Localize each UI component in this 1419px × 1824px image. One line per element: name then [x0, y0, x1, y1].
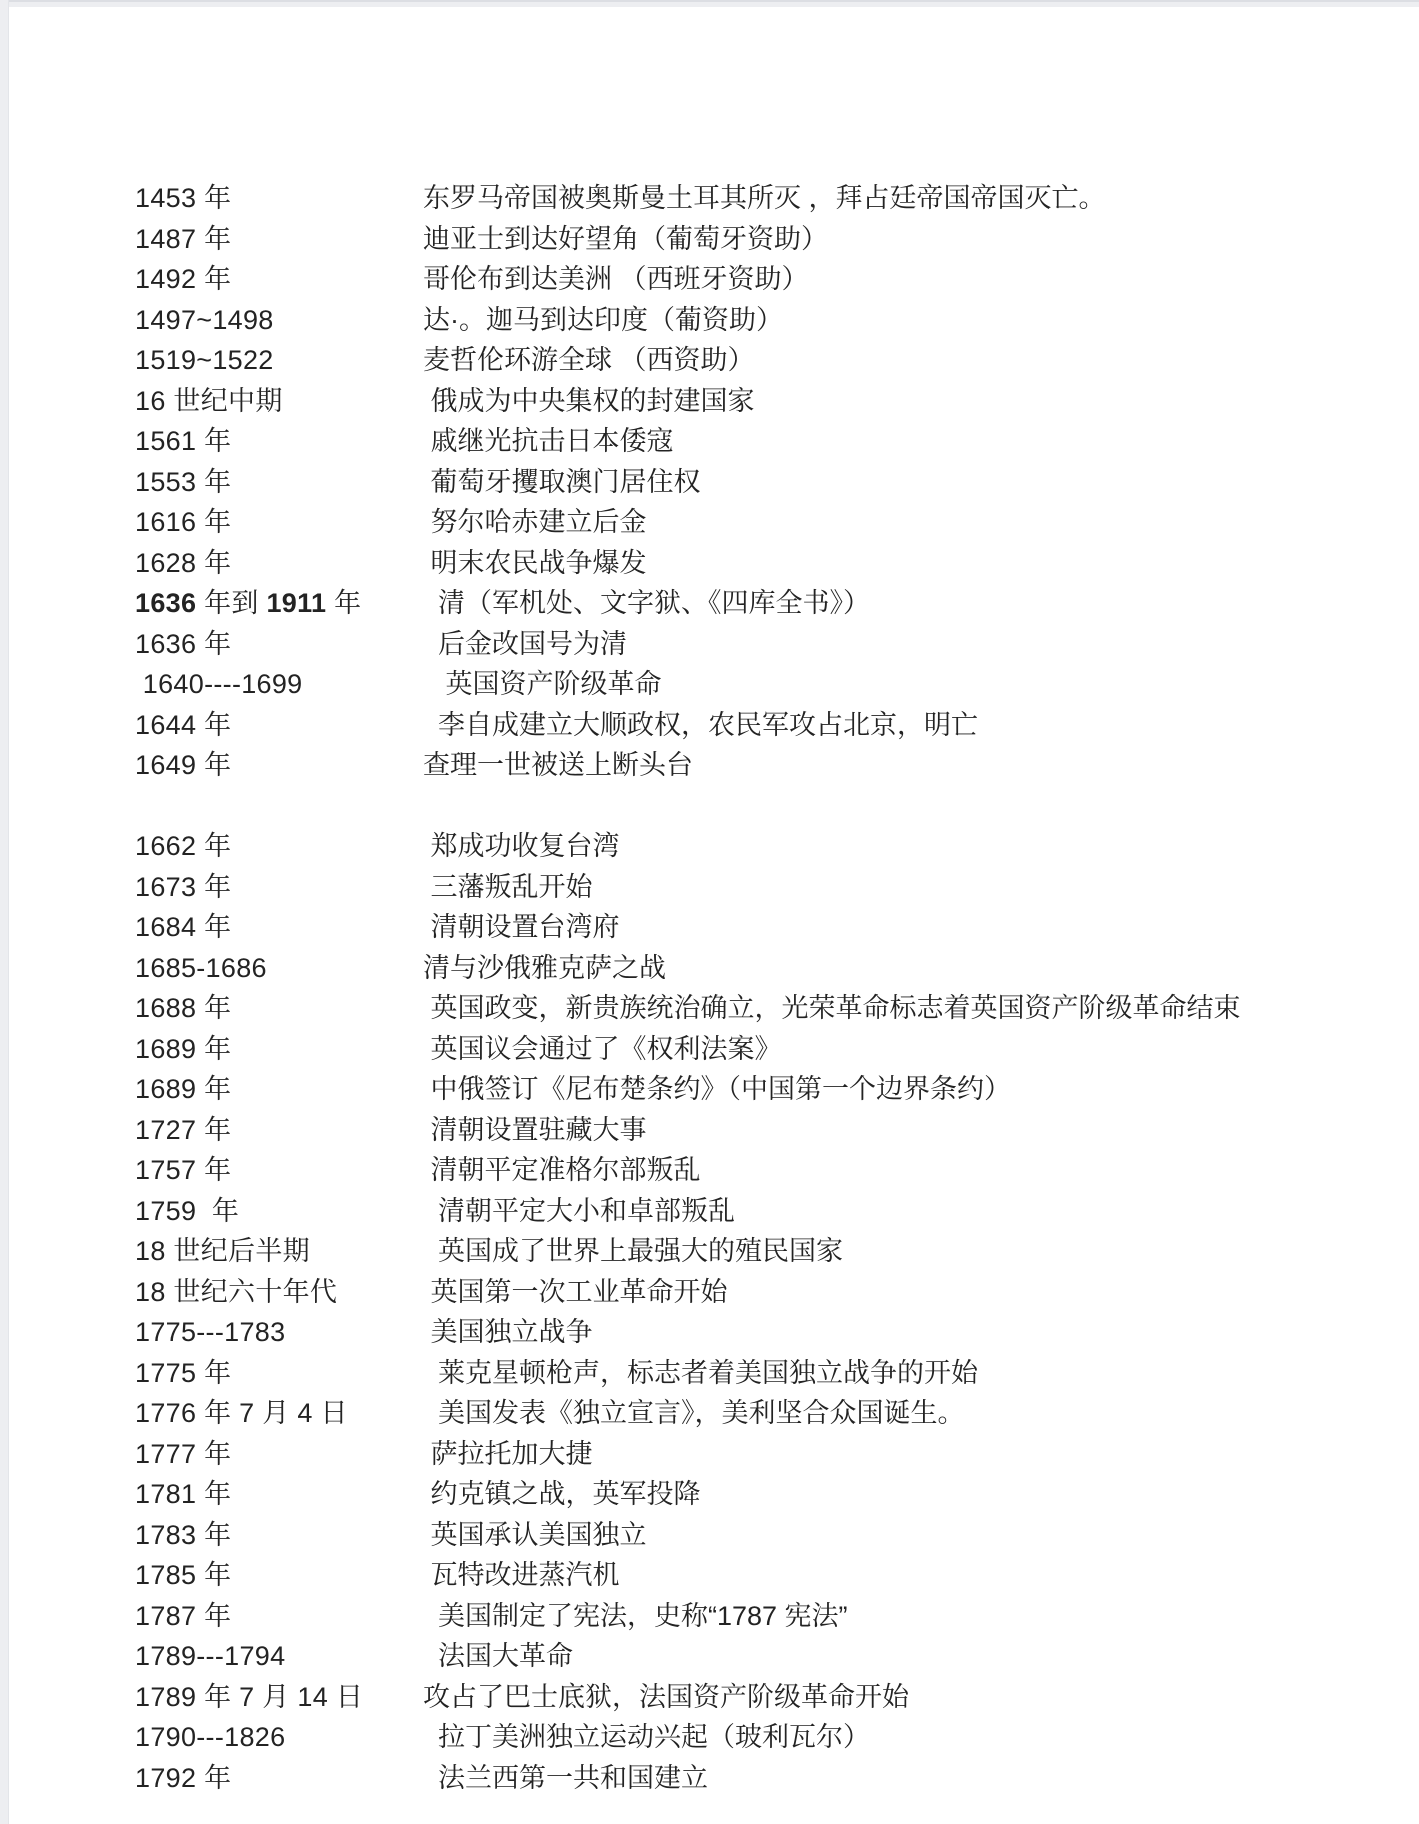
timeline-year: 1783 年 [135, 1515, 423, 1556]
timeline-row: 1636 年 后金改国号为清 [135, 624, 1409, 665]
timeline-row: 1662 年 郑成功收复台湾 [135, 826, 1409, 867]
timeline-year: 1487 年 [135, 219, 423, 260]
timeline-row: 1685-1686清与沙俄雅克萨之战 [135, 948, 1409, 989]
timeline-year: 1777 年 [135, 1434, 423, 1475]
page-edge-left [0, 0, 9, 1824]
timeline-year: 1561 年 [135, 421, 423, 462]
timeline-row: 1781 年 约克镇之战，英军投降 [135, 1474, 1409, 1515]
timeline-year: 1640----1699 [135, 664, 423, 705]
timeline-event: 麦哲伦环游全球 （西资助） [423, 340, 1409, 381]
timeline-event: 俄成为中央集权的封建国家 [423, 381, 1409, 422]
timeline-row: 1792 年 法兰西第一共和国建立 [135, 1758, 1409, 1799]
timeline-event: 李自成建立大顺政权，农民军攻占北京，明亡 [423, 705, 1409, 746]
timeline-year: 1781 年 [135, 1474, 423, 1515]
timeline-row: 1673 年 三藩叛乱开始 [135, 867, 1409, 908]
year-segment-bold: 1911 [266, 588, 334, 618]
timeline-year: 1787 年 [135, 1596, 423, 1637]
timeline-year: 18 世纪六十年代 [135, 1272, 423, 1313]
timeline-event: 后金改国号为清 [423, 624, 1409, 665]
timeline-year: 1649 年 [135, 745, 423, 786]
timeline-event: 法国大革命 [423, 1636, 1409, 1677]
timeline-year: 1673 年 [135, 867, 423, 908]
timeline-row: 1777 年 萨拉托加大捷 [135, 1434, 1409, 1475]
timeline-event: 英国资产阶级革命 [423, 664, 1409, 705]
timeline-row: 1616 年 努尔哈赤建立后金 [135, 502, 1409, 543]
timeline-row: 1785 年 瓦特改进蒸汽机 [135, 1555, 1409, 1596]
timeline-row: 1688 年 英国政变，新贵族统治确立，光荣革命标志着英国资产阶级革命结束 [135, 988, 1409, 1029]
timeline-year: 1789 年 7 月 14 日 [135, 1677, 423, 1718]
timeline-event: 美国发表《独立宣言》，美利坚合众国诞生。 [423, 1393, 1409, 1434]
timeline-year: 1689 年 [135, 1069, 423, 1110]
timeline-row: 1487 年迪亚士到达好望角（葡萄牙资助） [135, 219, 1409, 260]
timeline-year: 1775---1783 [135, 1312, 423, 1353]
timeline-event: 拉丁美洲独立运动兴起（玻利瓦尔） [423, 1717, 1409, 1758]
timeline-row: 1789---1794 法国大革命 [135, 1636, 1409, 1677]
timeline-year: 1689 年 [135, 1029, 423, 1070]
timeline-row: 1757 年 清朝平定准格尔部叛乱 [135, 1150, 1409, 1191]
document-page: { "page": { "background": "#ffffff", "ed… [0, 0, 1419, 1824]
timeline-event: 英国议会通过了《权利法案》 [423, 1029, 1409, 1070]
timeline-row: 1775---1783 美国独立战争 [135, 1312, 1409, 1353]
timeline-year: 1790---1826 [135, 1717, 423, 1758]
timeline-year: 1636 年 [135, 624, 423, 665]
timeline-event: 清（军机处、文字狱、《四库全书》） [423, 583, 1409, 624]
timeline-row: 1636 年到 1911 年 清（军机处、文字狱、《四库全书》） [135, 583, 1409, 624]
timeline-year: 1492 年 [135, 259, 423, 300]
timeline-row: 1628 年 明末农民战争爆发 [135, 543, 1409, 584]
timeline-row: 1790---1826 拉丁美洲独立运动兴起（玻利瓦尔） [135, 1717, 1409, 1758]
timeline-row: 1553 年 葡萄牙攫取澳门居住权 [135, 462, 1409, 503]
timeline-year: 1519~1522 [135, 340, 423, 381]
timeline-year: 1453 年 [135, 178, 423, 219]
blank-line [135, 786, 1409, 827]
document-body: 1453 年东罗马帝国被奥斯曼土耳其所灭 ，拜占廷帝国帝国灭亡。1487 年迪亚… [9, 7, 1419, 1824]
timeline-row: 1689 年 中俄签订《尼布楚条约》（中国第一个边界条约） [135, 1069, 1409, 1110]
timeline-row: 1789 年 7 月 14 日攻占了巴士底狱，法国资产阶级革命开始 [135, 1677, 1409, 1718]
timeline-event: 英国第一次工业革命开始 [423, 1272, 1409, 1313]
timeline-row: 1561 年 戚继光抗击日本倭寇 [135, 421, 1409, 462]
timeline-year: 1616 年 [135, 502, 423, 543]
timeline-event: 清朝平定大小和卓部叛乱 [423, 1191, 1409, 1232]
timeline-event: 清朝设置台湾府 [423, 907, 1409, 948]
history-timeline: 1453 年东罗马帝国被奥斯曼土耳其所灭 ，拜占廷帝国帝国灭亡。1487 年迪亚… [135, 178, 1409, 1798]
timeline-row: 18 世纪六十年代 英国第一次工业革命开始 [135, 1272, 1409, 1313]
timeline-row: 1787 年 美国制定了宪法，史称“1787 宪法” [135, 1596, 1409, 1637]
timeline-year: 1785 年 [135, 1555, 423, 1596]
timeline-row: 1644 年 李自成建立大顺政权，农民军攻占北京，明亡 [135, 705, 1409, 746]
timeline-year: 16 世纪中期 [135, 381, 423, 422]
timeline-event: 瓦特改进蒸汽机 [423, 1555, 1409, 1596]
timeline-event: 英国成了世界上最强大的殖民国家 [423, 1231, 1409, 1272]
timeline-event: 莱克星顿枪声，标志者着美国独立战争的开始 [423, 1353, 1409, 1394]
timeline-event: 法兰西第一共和国建立 [423, 1758, 1409, 1799]
timeline-event: 戚继光抗击日本倭寇 [423, 421, 1409, 462]
timeline-event: 英国政变，新贵族统治确立，光荣革命标志着英国资产阶级革命结束 [423, 988, 1409, 1029]
timeline-event: 葡萄牙攫取澳门居住权 [423, 462, 1409, 503]
timeline-year: 1792 年 [135, 1758, 423, 1799]
timeline-event: 达·。迦马到达印度（葡资助） [423, 300, 1409, 341]
timeline-event: 英国承认美国独立 [423, 1515, 1409, 1556]
timeline-event: 清与沙俄雅克萨之战 [423, 948, 1409, 989]
timeline-row: 1727 年 清朝设置驻藏大事 [135, 1110, 1409, 1151]
timeline-year: 18 世纪后半期 [135, 1231, 423, 1272]
timeline-event: 中俄签订《尼布楚条约》（中国第一个边界条约） [423, 1069, 1409, 1110]
timeline-year: 1636 年到 1911 年 [135, 583, 423, 624]
year-segment-bold: 1636 [135, 588, 204, 618]
timeline-row: 1640----1699 英国资产阶级革命 [135, 664, 1409, 705]
year-segment: 年到 [204, 588, 266, 618]
timeline-event: 美国独立战争 [423, 1312, 1409, 1353]
timeline-year: 1789---1794 [135, 1636, 423, 1677]
timeline-year: 1757 年 [135, 1150, 423, 1191]
timeline-event: 清朝设置驻藏大事 [423, 1110, 1409, 1151]
timeline-event: 萨拉托加大捷 [423, 1434, 1409, 1475]
timeline-year: 1684 年 [135, 907, 423, 948]
timeline-row: 1783 年 英国承认美国独立 [135, 1515, 1409, 1556]
year-segment: 年 [334, 588, 361, 618]
timeline-row: 16 世纪中期 俄成为中央集权的封建国家 [135, 381, 1409, 422]
timeline-row: 1519~1522麦哲伦环游全球 （西资助） [135, 340, 1409, 381]
timeline-year: 1776 年 7 月 4 日 [135, 1393, 423, 1434]
timeline-event: 美国制定了宪法，史称“1787 宪法” [423, 1596, 1409, 1637]
timeline-row: 1649 年查理一世被送上断头台 [135, 745, 1409, 786]
timeline-year: 1628 年 [135, 543, 423, 584]
timeline-year: 1688 年 [135, 988, 423, 1029]
timeline-year: 1775 年 [135, 1353, 423, 1394]
timeline-event: 哥伦布到达美洲 （西班牙资助） [423, 259, 1409, 300]
timeline-year: 1644 年 [135, 705, 423, 746]
timeline-year: 1553 年 [135, 462, 423, 503]
timeline-year: 1662 年 [135, 826, 423, 867]
timeline-row: 1453 年东罗马帝国被奥斯曼土耳其所灭 ，拜占廷帝国帝国灭亡。 [135, 178, 1409, 219]
timeline-event: 明末农民战争爆发 [423, 543, 1409, 584]
timeline-event: 东罗马帝国被奥斯曼土耳其所灭 ，拜占廷帝国帝国灭亡。 [423, 178, 1409, 219]
page-edge-top [0, 0, 1419, 7]
timeline-year: 1727 年 [135, 1110, 423, 1151]
timeline-row: 1759 年 清朝平定大小和卓部叛乱 [135, 1191, 1409, 1232]
timeline-event: 郑成功收复台湾 [423, 826, 1409, 867]
timeline-row: 1492 年哥伦布到达美洲 （西班牙资助） [135, 259, 1409, 300]
timeline-row: 1684 年 清朝设置台湾府 [135, 907, 1409, 948]
timeline-event: 攻占了巴士底狱，法国资产阶级革命开始 [423, 1677, 1409, 1718]
timeline-year: 1759 年 [135, 1191, 423, 1232]
timeline-row: 18 世纪后半期 英国成了世界上最强大的殖民国家 [135, 1231, 1409, 1272]
timeline-row: 1497~1498达·。迦马到达印度（葡资助） [135, 300, 1409, 341]
timeline-event: 约克镇之战，英军投降 [423, 1474, 1409, 1515]
timeline-row: 1775 年 莱克星顿枪声，标志者着美国独立战争的开始 [135, 1353, 1409, 1394]
timeline-row: 1689 年 英国议会通过了《权利法案》 [135, 1029, 1409, 1070]
timeline-year: 1685-1686 [135, 948, 423, 989]
timeline-event: 查理一世被送上断头台 [423, 745, 1409, 786]
timeline-event: 迪亚士到达好望角（葡萄牙资助） [423, 219, 1409, 260]
timeline-row: 1776 年 7 月 4 日 美国发表《独立宣言》，美利坚合众国诞生。 [135, 1393, 1409, 1434]
timeline-event: 清朝平定准格尔部叛乱 [423, 1150, 1409, 1191]
timeline-event: 努尔哈赤建立后金 [423, 502, 1409, 543]
timeline-event: 三藩叛乱开始 [423, 867, 1409, 908]
timeline-year: 1497~1498 [135, 300, 423, 341]
